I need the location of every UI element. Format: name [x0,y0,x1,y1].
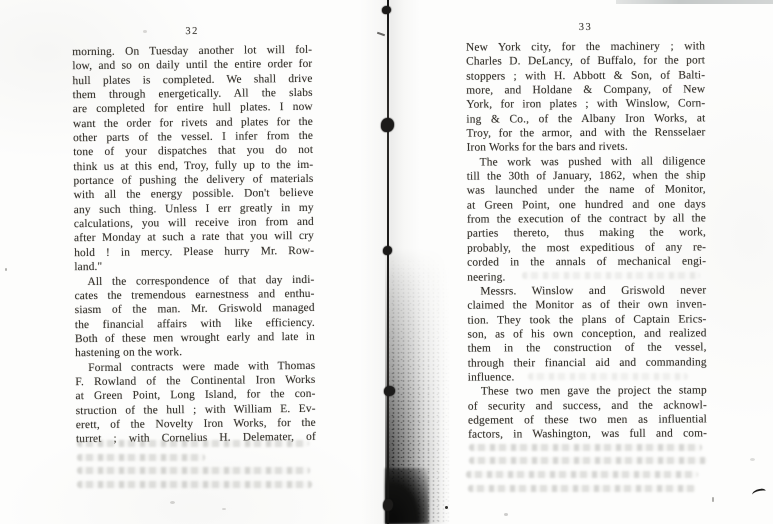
text-line: edgement of these two men as influential [468,412,707,428]
text-line: through their financial aid and commandi… [468,355,707,371]
ink-speck [170,501,175,504]
bleed-through-line [77,440,309,447]
ink-speck [712,497,714,502]
ink-speck [504,513,508,516]
binding-knot [383,499,393,511]
scanned-book-spread: 32 morning. On Tuesday another lot will … [0,0,773,524]
page-number: 33 [466,21,705,33]
text-line: of security and success, and the acknowl… [468,398,707,414]
text-line: probably, the most expeditious of any re… [467,240,706,256]
binding-knot [382,6,391,14]
page-number: 32 [72,25,312,38]
text-line: Iron Works for the bars and rivets. [467,140,706,156]
text-line: stoppers ; with H. Abbott & Son, of Balt… [466,68,705,84]
text-line: New York city, for the machinery ; with [466,39,705,55]
text-line: ing & Co., of the Albany Iron Works, at [466,111,705,127]
text-line: hold ! in mercy. Please hurry Mr. Row- [74,244,314,261]
ink-speck [222,508,226,510]
binding-knot [383,246,392,255]
text-line: them in the construction of the vessel, [468,341,707,357]
bleed-through-line [469,444,702,451]
text-line: Both of these men wrought early and late… [75,330,315,347]
text-line: son, as of his own conception, and reali… [467,326,706,342]
bleed-through-line [77,481,312,488]
text-line: Troy, for the armor, and with the Rensse… [466,125,705,141]
text-line: corded in the annals of mechanical engi- [467,255,706,271]
text-line: was launched under the name of Monitor, [467,183,706,199]
bleed-through-line [468,485,696,492]
binding-knot [381,118,394,132]
bleed-through-line [77,454,205,461]
ink-speck [143,30,147,33]
text-line: Messrs. Winslow and Griswold never [467,283,706,299]
text-line: parties thereto, thus making the work, [467,226,706,242]
left-page: 32 morning. On Tuesday another lot will … [72,25,316,447]
bleed-through-line [469,457,707,464]
text-column: morning. On Tuesday another lot will fol… [72,43,316,447]
binding-thread [387,0,389,524]
gutter-smudge-bottom [385,468,429,524]
bleed-through-line [522,272,700,279]
text-line: more, and Holdane & Company, of New [466,82,705,98]
pen-mark [751,488,766,498]
ink-speck [445,506,448,509]
bleed-through-line [77,467,310,474]
binding-knot [384,386,395,396]
text-line: factors, in Washington, was full and com… [468,427,707,443]
text-line: tion. They took the plans of Captain Eri… [467,312,706,328]
text-line: claimed the Monitor as of their own inve… [467,298,706,314]
text-line: till the 30th of January, 1862, when the… [467,168,706,184]
text-line: from the execution of the contract by al… [467,211,706,227]
bleed-through-line [528,373,688,380]
text-column: New York city, for the machinery ; withC… [466,39,707,442]
text-line: These two men gave the project the stamp [468,384,707,400]
ink-speck [750,458,755,461]
text-line: at Green Point, one hundred and one days [467,197,706,213]
text-line: York, for iron plates ; with Winslow, Co… [466,97,705,113]
text-line: Charles D. DeLancy, of Buffalo, for the … [466,54,705,70]
ink-speck [5,268,7,271]
text-line: The work was pushed with all diligence [467,154,706,170]
bleed-through-line [466,471,698,478]
scan-edge-artifact [616,0,773,4]
